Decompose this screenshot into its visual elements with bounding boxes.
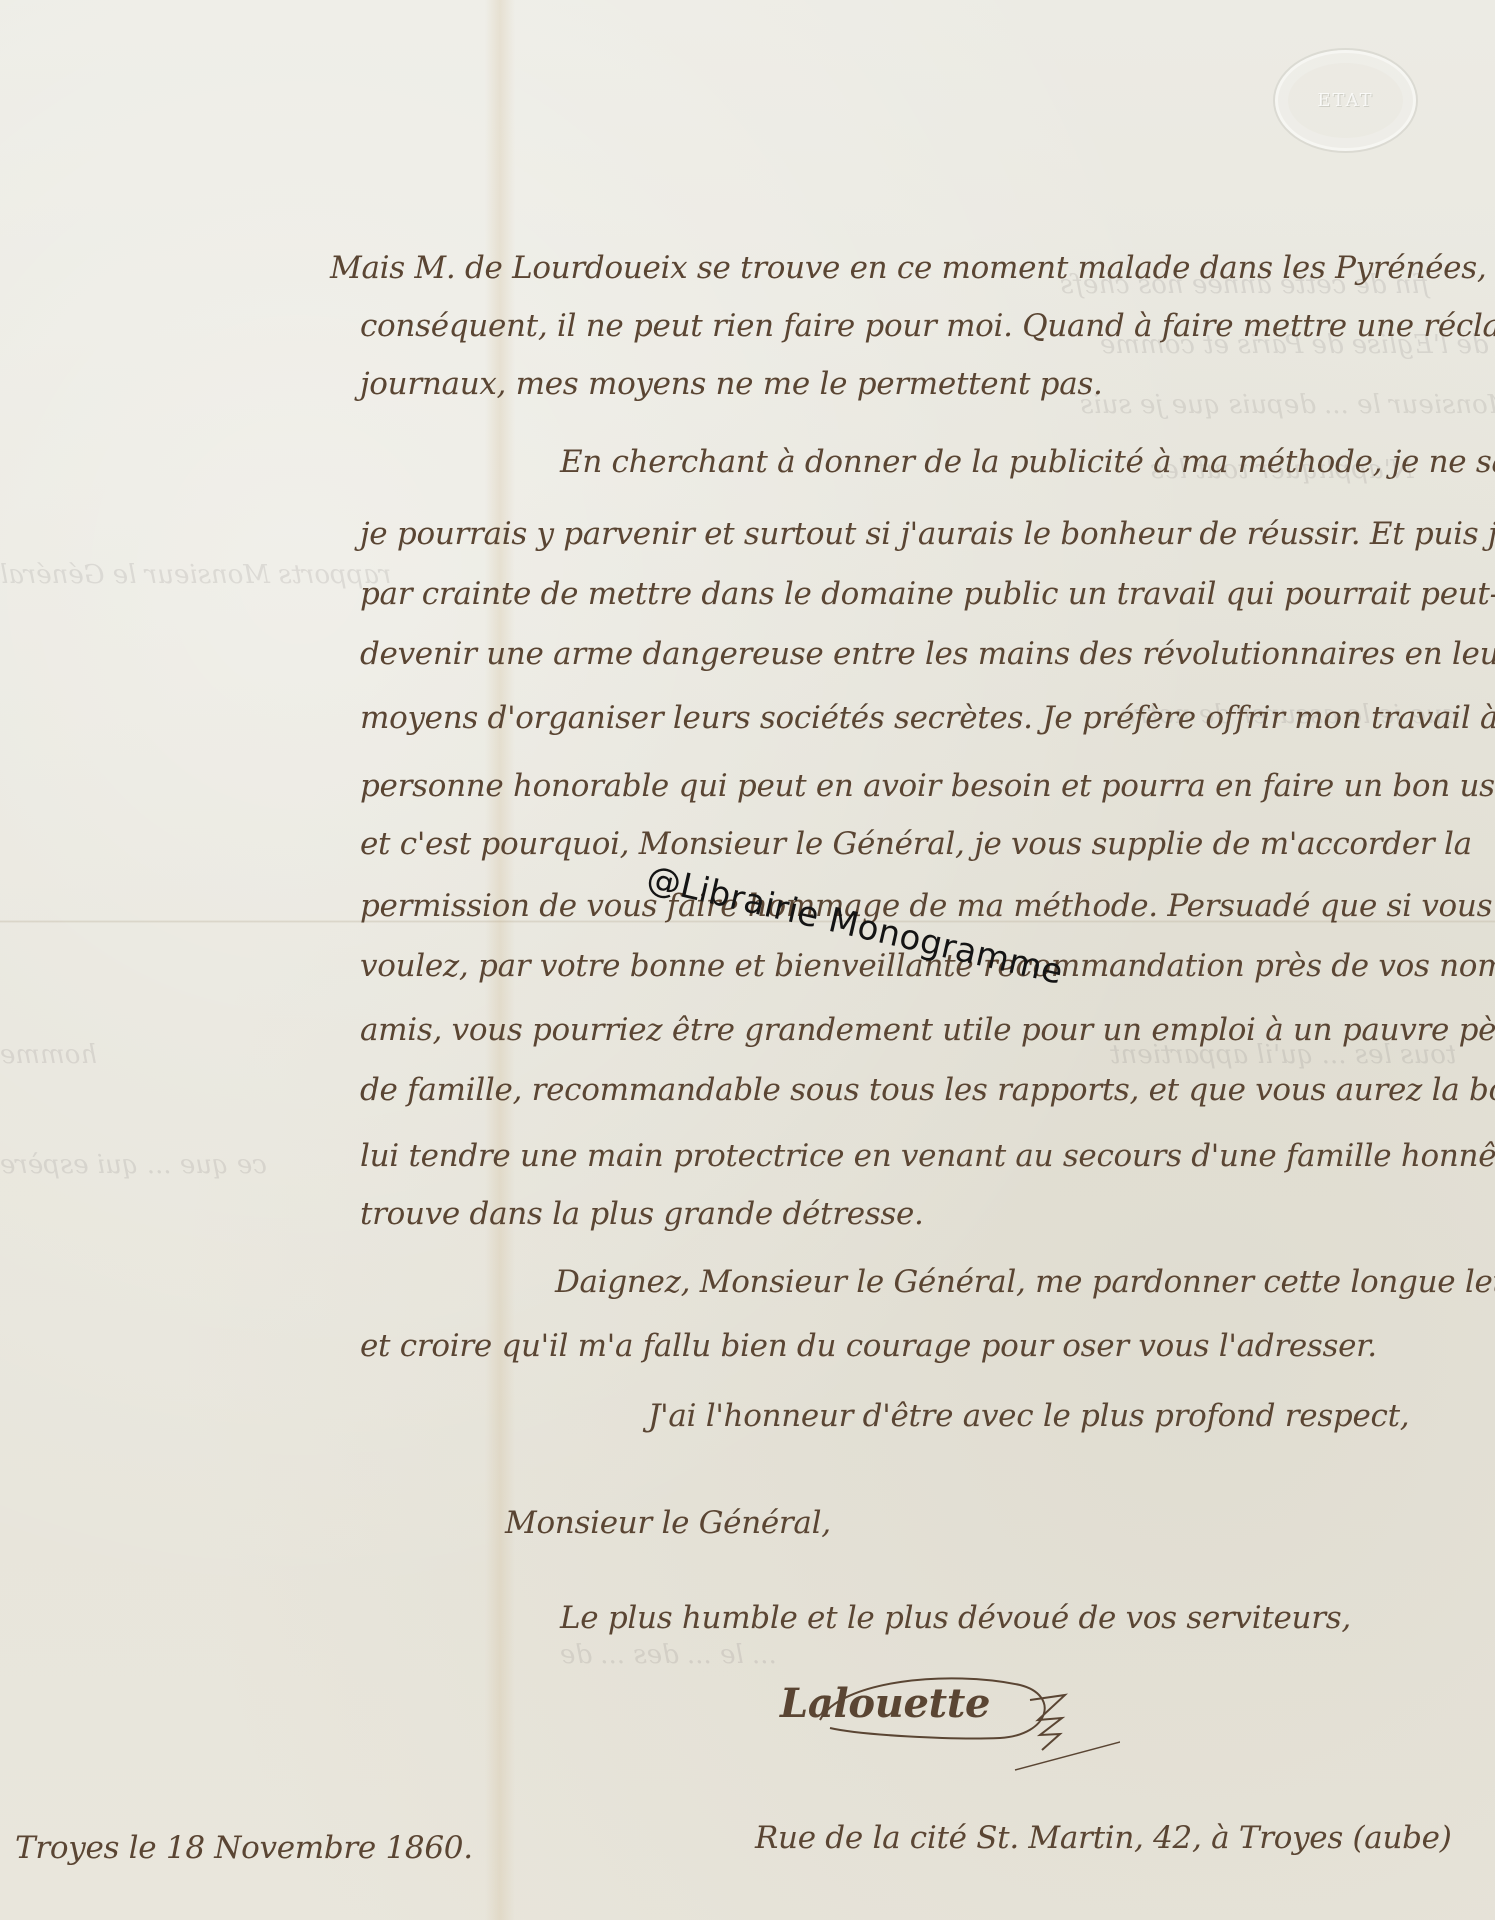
letter-line: personne honorable qui peut en avoir bes… <box>360 768 1495 804</box>
bleed-through-text: Monsieur le ... depuis que je suis <box>1080 390 1495 420</box>
embossed-stamp: ETAT <box>1275 50 1416 151</box>
place-date: Troyes le 18 Novembre 1860. <box>15 1830 473 1866</box>
letter-line: lui tendre une main protectrice en venan… <box>360 1138 1495 1174</box>
bleed-through-text: ... le ... des ... de <box>560 1640 777 1670</box>
letter-line: de famille, recommandable sous tous les … <box>360 1072 1495 1108</box>
salutation: Monsieur le Général, <box>505 1505 831 1541</box>
letter-line: trouve dans la plus grande détresse. <box>360 1196 924 1232</box>
signature-flourish-icon <box>800 1640 1120 1820</box>
letter-line: Daignez, Monsieur le Général, me pardonn… <box>555 1264 1495 1300</box>
letter-line: J'ai l'honneur d'être avec le plus profo… <box>648 1398 1409 1434</box>
letter-line: permission de vous faire hommage de ma m… <box>360 888 1495 924</box>
letter-line: je pourrais y parvenir et surtout si j'a… <box>360 516 1495 552</box>
bleed-through-text: ce que ... qui espère <box>0 1150 267 1180</box>
letter-line: et croire qu'il m'a fallu bien du courag… <box>360 1328 1377 1364</box>
letter-line: devenir une arme dangereuse entre les ma… <box>360 636 1495 672</box>
letter-line: et c'est pourquoi, Monsieur le Général, … <box>360 826 1472 862</box>
bleed-through-text: homme <box>0 1040 97 1070</box>
letter-line: moyens d'organiser leurs sociétés secrèt… <box>360 700 1495 736</box>
letter-line: par crainte de mettre dans le domaine pu… <box>360 576 1495 612</box>
letter-line: En cherchant à donner de la publicité à … <box>560 444 1495 480</box>
stamp-text: ETAT <box>1317 90 1373 111</box>
sender-address: Rue de la cité St. Martin, 42, à Troyes … <box>755 1820 1452 1856</box>
letter-line: Mais M. de Lourdoueix se trouve en ce mo… <box>330 250 1495 286</box>
letter-line: amis, vous pourriez être grandement util… <box>360 1012 1495 1048</box>
letter-line: journaux, mes moyens ne me le permettent… <box>360 366 1103 402</box>
bleed-through-text: rapports Monsieur le Général <box>0 560 391 590</box>
letter-line: conséquent, il ne peut rien faire pour m… <box>360 308 1495 344</box>
closing-formula: Le plus humble et le plus dévoué de vos … <box>560 1600 1351 1636</box>
